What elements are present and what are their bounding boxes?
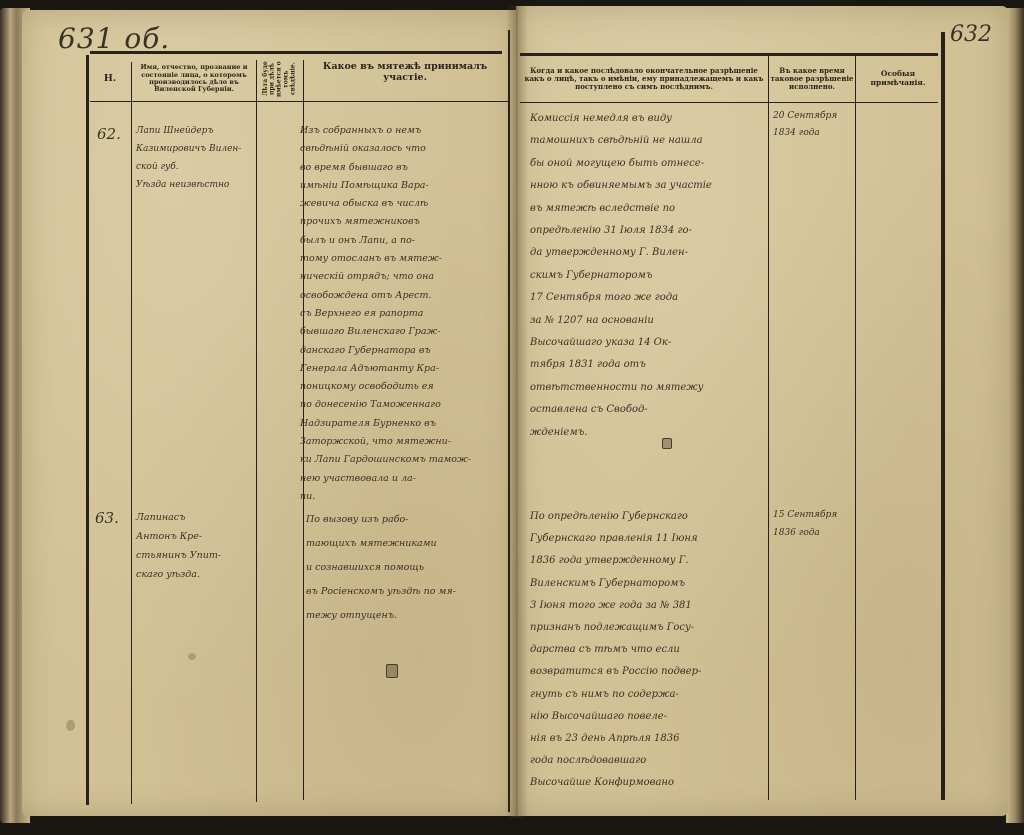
- entry-resolution: По опредѣленію Губернскаго Губернскаго п…: [530, 506, 770, 795]
- header-col-number: Н.: [90, 58, 130, 100]
- page-stack-right-edge: [1006, 8, 1024, 823]
- header-col-notes: Особыя примѣчанія.: [857, 58, 939, 100]
- entry-executed-date: 20 Сентября 1834 года: [773, 108, 855, 142]
- entry-participation: По вызову изъ рабо- тающихъ мятежниками …: [306, 508, 512, 628]
- entry-number: 62.: [97, 124, 121, 146]
- entry-resolution: Комиссія немедля въ виду тамошнихъ свѣдѣ…: [530, 108, 770, 444]
- entry-executed-date: 15 Сентября 1836 года: [773, 506, 855, 542]
- header-top-rule-left: [90, 51, 502, 54]
- left-outer-border: [86, 55, 89, 805]
- header-bottom-rule-left: [90, 101, 508, 102]
- entry-number: 63.: [95, 508, 119, 530]
- paper-stain: [66, 720, 75, 731]
- header-col-resolution: Когда и какое послѣдовало окончательное …: [522, 58, 766, 100]
- col-divider-executed: [855, 56, 856, 800]
- header-bottom-rule-right: [520, 102, 938, 103]
- entry-person: Лапи Шнейдеръ Казимировичъ Вилен- ской г…: [136, 122, 258, 194]
- archive-stamp-mark: [662, 438, 672, 449]
- entry-person: Лапинасъ Антонъ Кре- стьянинъ Упит- скаг…: [136, 508, 258, 584]
- archive-stamp-mark: [386, 664, 398, 678]
- col-divider-no: [131, 62, 132, 804]
- folio-number-right: 632: [950, 22, 992, 47]
- right-outer-border: [941, 32, 945, 800]
- header-col-person: Имя, отчество, прозвание и состояніе лиц…: [133, 58, 255, 100]
- header-col-executed: Въ какое время таковое разрѣшеніе исполн…: [770, 58, 854, 100]
- ledger-spread: 631 об. 632 Н. Имя, отчество, прозвание …: [0, 0, 1024, 835]
- paper-stain: [188, 653, 196, 660]
- header-top-rule-right: [520, 53, 938, 56]
- entry-participation: Изъ собранныхъ о немъ свѣдѣній оказалось…: [300, 122, 510, 506]
- header-col-participation: Какое въ мятежѣ принималъ участіе.: [305, 58, 505, 88]
- header-col-age: Лѣта буде при дѣлѣ имѣется о томъ свѣдѣн…: [258, 58, 302, 100]
